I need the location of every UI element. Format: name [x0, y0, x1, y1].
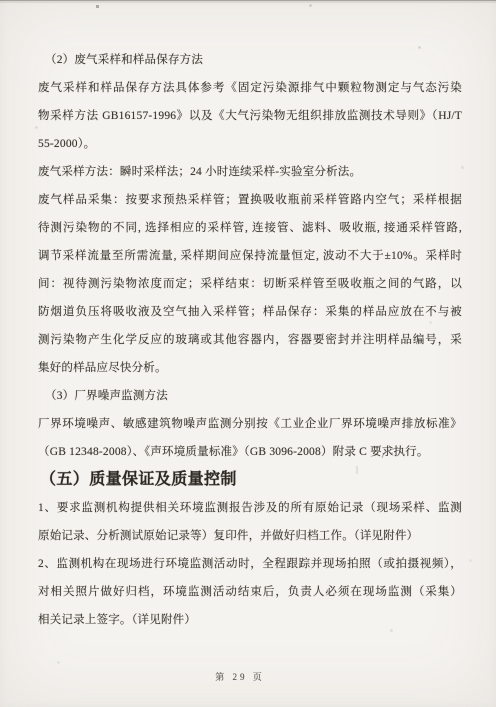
scan-noise-speckles	[0, 0, 1, 1]
text-line: 废气样品采集：按要求预热采样管；置换吸收瓶前采样管路内空气；采样根据	[38, 186, 462, 214]
text-line: 2、监测机构在现场进行环境监测活动时，全程跟踪并现场拍照（或拍摄视频），	[38, 550, 462, 578]
text-line: 防烟道负压将吸收液及空气抽入采样管；样品保存：采集的样品应放在不与被	[38, 298, 462, 326]
scanned-document-page: （2）废气采样和样品保存方法废气采样和样品保存方法具体参考《固定污染源排气中颗粒…	[0, 0, 496, 707]
text-line: 废气采样方法：瞬时采样法；24 小时连续采样-实验室分析法。	[38, 158, 462, 186]
text-line: 调节采样流量至所需流量, 采样期间应保持流量恒定, 波动不大于±10%。采样时	[38, 242, 462, 270]
text-line: 对相关照片做好归档，环境监测活动结束后，负责人必须在现场监测（采集）	[38, 578, 462, 606]
text-line: 厂界环境噪声、敏感建筑物噪声监测分别按《工业企业厂界环境噪声排放标准》	[38, 410, 462, 438]
sub-heading: （2）废气采样和样品保存方法	[38, 46, 462, 74]
sub-heading: （3）厂界噪声监测方法	[38, 382, 462, 410]
text-line: 间：视待测污染物浓度而定；采样结束：切断采样管至吸收瓶之间的气路，以	[38, 270, 462, 298]
text-line: 待测污染物的不同, 选择相应的采样管, 连接管、滤料、吸收瓶, 接通采样管路,	[38, 214, 462, 242]
text-line: 1、要求监测机构提供相关环境监测报告涉及的所有原始记录（现场采样、监测	[38, 494, 462, 522]
text-line: 原始记录、分析测试原始记录等）复印件，并做好归档工作。（详见附件）	[38, 522, 462, 550]
document-body: （2）废气采样和样品保存方法废气采样和样品保存方法具体参考《固定污染源排气中颗粒…	[38, 46, 462, 634]
text-line: 废气采样和样品保存方法具体参考《固定污染源排气中颗粒物测定与气态污染	[38, 74, 462, 102]
page-number: 第 29 页	[0, 670, 480, 683]
text-line: 物采样方法 GB16157-1996》以及《大气污染物无组织排放监测技术导则》（…	[38, 102, 462, 130]
text-line: 55-2000）。	[38, 130, 462, 158]
text-line: 集好的样品应尽快分析。	[38, 354, 462, 382]
text-line: 测污染物产生化学反应的玻璃或其他容器内，容器要密封并注明样品编号，采	[38, 326, 462, 354]
pen-mark	[348, 442, 418, 482]
text-line: 相关记录上签字。（详见附件）	[38, 606, 462, 634]
scan-edge-shadow	[0, 1, 496, 3]
